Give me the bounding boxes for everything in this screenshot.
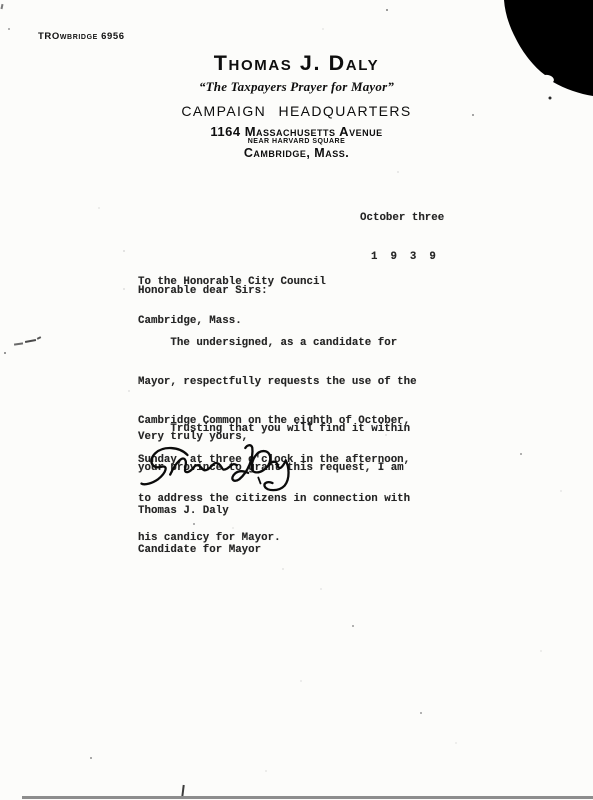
letterhead-near-harvard-square: NEAR HARVARD SQUARE [0, 138, 593, 145]
scanned-letter-page: TROwbridge 6956 Thomas J. Daly “The Taxp… [0, 0, 593, 800]
body-line: Mayor, respectfully requests the use of … [138, 376, 417, 389]
letterhead-city: Cambridge, Mass. [0, 146, 593, 160]
closing-phrase: Very truly yours, [138, 431, 248, 444]
scan-corner-blob [498, 0, 593, 100]
scan-mark-top-left [0, 4, 3, 9]
scan-bottom-edge-line [22, 796, 593, 799]
letterhead-street-address: 1164 Massachusetts Avenue [0, 124, 593, 139]
pen-dash-artifact [37, 336, 41, 340]
date-block: October three 1 9 3 9 [360, 186, 444, 290]
pen-dash-artifact [14, 342, 23, 345]
signer-name: Thomas J. Daly [138, 505, 261, 518]
body-line: The undersigned, as a candidate for [138, 337, 417, 350]
letterhead-campaign-headquarters: CAMPAIGN HEADQUARTERS [0, 103, 593, 119]
scan-specks [0, 0, 2, 2]
signer-title: Candidate for Mayor [138, 544, 261, 557]
body-line: your province to grant this request, I a… [138, 462, 410, 475]
date-year: 1 9 3 9 [371, 251, 444, 264]
typed-signature-block: Thomas J. Daly Candidate for Mayor [138, 479, 261, 583]
scan-dot-left [4, 352, 6, 354]
pen-dash-artifact [25, 339, 36, 343]
salutation: Honorable dear Sirs: [138, 285, 268, 298]
letterhead-phone: TROwbridge 6956 [38, 31, 125, 42]
date-line: October three [360, 212, 444, 225]
